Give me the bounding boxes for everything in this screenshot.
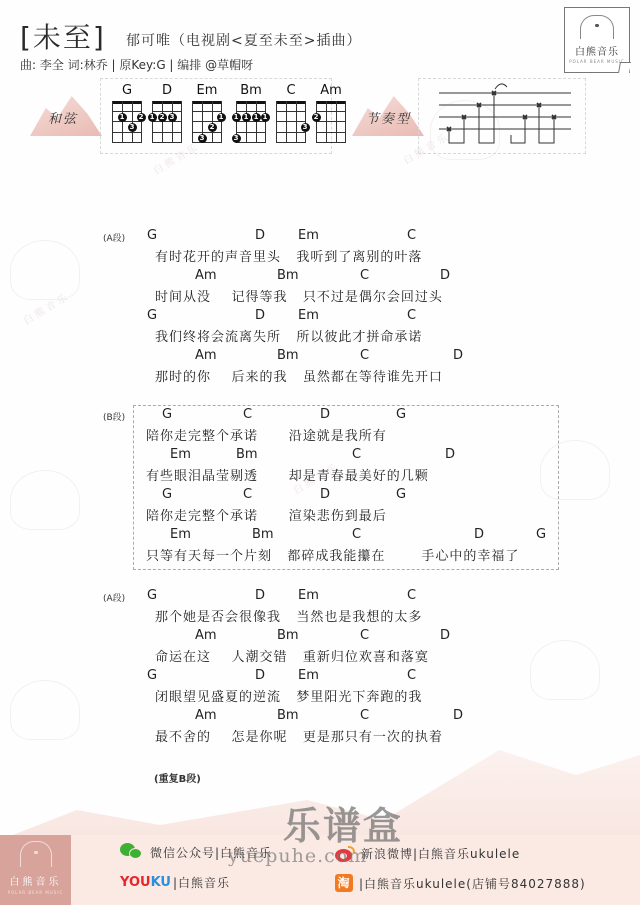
chord-symbol: D xyxy=(474,527,484,542)
lyric-line: 最不舍的 怎是你呢 更是那只有一次的执着 xyxy=(155,726,443,745)
lyric-line: 我们终将会流离失所 所以彼此才拼命承诺 xyxy=(155,326,422,345)
brand-logo: 白熊音乐 POLAR BEAR MUSIC xyxy=(564,7,630,73)
chord-symbol: C xyxy=(360,348,369,363)
weibo-text: 新浪微博|白熊音乐ukulele xyxy=(361,845,520,862)
chord-name: Em xyxy=(187,83,227,99)
chord-symbol: C xyxy=(407,308,416,323)
strum-pattern-diagram xyxy=(419,79,587,155)
youku-link[interactable]: YOUKU |白熊音乐 xyxy=(120,874,230,891)
watermark-bear-icon xyxy=(10,680,80,740)
chord-symbol: C xyxy=(407,668,416,683)
chord-symbol: Am xyxy=(195,628,217,643)
chord-symbol: Am xyxy=(195,348,217,363)
lyric-line: 有时花开的声音里头 我听到了离别的叶落 xyxy=(155,246,422,265)
chord-name: Am xyxy=(311,83,351,99)
lyric-line: 陪你走完整个承诺 沿途就是我所有 xyxy=(146,425,387,444)
chord-symbol: G xyxy=(396,487,406,502)
lyric-line: 那个她是否会很像我 当然也是我想的太多 xyxy=(155,606,422,625)
finger-dot: 1 xyxy=(118,113,127,122)
footer-brand-name: 白熊音乐 xyxy=(10,873,62,888)
chord-symbol: C xyxy=(407,228,416,243)
chord-symbol: D xyxy=(453,348,463,363)
chord-name: D xyxy=(147,83,187,99)
chord-symbol: D xyxy=(255,308,265,323)
chord-symbol: D xyxy=(320,487,330,502)
chord-symbol: Bm xyxy=(252,527,274,542)
finger-dot: 3 xyxy=(301,123,310,132)
chord-symbol: D xyxy=(320,407,330,422)
watermark-bear-icon xyxy=(10,470,80,530)
song-title: [未至] xyxy=(20,16,106,56)
finger-dot: 3 xyxy=(128,123,137,132)
chord-symbol: Em xyxy=(298,588,319,603)
brand-name-en: POLAR BEAR MUSIC xyxy=(569,59,625,64)
finger-dot: 1 xyxy=(252,113,261,122)
chord-symbol: Bm xyxy=(236,447,258,462)
fretboard: 123 xyxy=(112,101,142,143)
chord-symbol: G xyxy=(147,668,157,683)
lyric-line: 闭眼望见盛夏的逆流 梦里阳光下奔跑的我 xyxy=(155,686,422,705)
chord-symbol: Bm xyxy=(277,708,299,723)
chord-symbol: C xyxy=(352,527,361,542)
chords-label-badge: 和弦 xyxy=(30,96,110,136)
chord-diagram: C3 xyxy=(271,83,311,143)
chord-symbol: D xyxy=(440,268,450,283)
watermark-bear-icon xyxy=(530,640,600,700)
polar-bear-icon xyxy=(580,15,614,39)
footer-brand-name-en: POLAR BEAR MUSIC xyxy=(8,890,64,895)
chord-symbol: Em xyxy=(170,447,191,462)
lyric-line: 有些眼泪晶莹剔透 却是青春最美好的几颗 xyxy=(146,465,429,484)
finger-dot: 3 xyxy=(232,134,241,143)
chord-diagram: Am2 xyxy=(311,83,351,143)
chord-diagram: D123 xyxy=(147,83,187,143)
repeat-note: (重复B段) xyxy=(154,770,201,785)
finger-dot: 1 xyxy=(217,113,226,122)
finger-dot: 1 xyxy=(232,113,241,122)
chord-symbol: Bm xyxy=(277,628,299,643)
chord-name: C xyxy=(271,83,311,99)
chord-symbol: G xyxy=(162,407,172,422)
youku-text: |白熊音乐 xyxy=(173,874,230,891)
chord-symbol: C xyxy=(360,708,369,723)
chord-symbol: Em xyxy=(298,308,319,323)
taobao-link[interactable]: 淘 |白熊音乐ukulele(店铺号84027888) xyxy=(335,874,586,892)
chord-diagrams-panel: G123D123Em123Bm11113C3Am2 xyxy=(100,78,332,154)
chord-symbol: C xyxy=(407,588,416,603)
finger-dot: 1 xyxy=(261,113,270,122)
chord-diagram: G123 xyxy=(107,83,147,143)
chord-symbol: G xyxy=(147,308,157,323)
site-watermark: 乐谱盒 xyxy=(283,795,403,850)
finger-dot: 2 xyxy=(137,113,146,122)
chord-symbol: Bm xyxy=(277,348,299,363)
chord-symbol: Em xyxy=(298,668,319,683)
lyric-line: 命运在这 人潮交错 重新归位欢喜和落寞 xyxy=(155,646,429,665)
chord-symbol: Am xyxy=(195,708,217,723)
polar-bear-icon xyxy=(20,841,52,867)
chord-symbol: G xyxy=(396,407,406,422)
taobao-icon: 淘 xyxy=(335,874,353,892)
finger-dot: 3 xyxy=(168,113,177,122)
chord-symbol: C xyxy=(360,268,369,283)
section-label: (A段) xyxy=(103,591,125,604)
fretboard: 123 xyxy=(152,101,182,143)
strum-pattern-panel xyxy=(418,78,586,154)
wechat-icon xyxy=(120,843,144,861)
chord-symbol: D xyxy=(255,228,265,243)
youku-logo-icon: YOUKU xyxy=(120,875,171,890)
fretboard: 2 xyxy=(316,101,346,143)
chord-symbol: G xyxy=(162,487,172,502)
fretboard: 3 xyxy=(276,101,306,143)
lyric-line: 陪你走完整个承诺 渲染悲伤到最后 xyxy=(146,505,387,524)
fretboard: 11113 xyxy=(236,101,266,143)
song-credits: 曲: 李全 词:林乔 | 原Key:G | 编排 @草帽呀 xyxy=(20,56,253,73)
section-label: (A段) xyxy=(103,231,125,244)
chord-symbol: G xyxy=(147,588,157,603)
watermark-bear-icon xyxy=(10,240,80,300)
fretboard: 123 xyxy=(192,101,222,143)
chord-symbol: D xyxy=(453,708,463,723)
chord-symbol: C xyxy=(243,407,252,422)
finger-dot: 2 xyxy=(312,113,321,122)
chord-diagram: Em123 xyxy=(187,83,227,143)
brand-name: 白熊音乐 xyxy=(575,43,619,58)
lyric-line: 只等有天每一个片刻 都碎成我能攥在 手心中的幸福了 xyxy=(146,545,519,564)
finger-dot: 3 xyxy=(198,134,207,143)
finger-dot: 1 xyxy=(148,113,157,122)
section-label: (B段) xyxy=(103,410,125,423)
chord-name: G xyxy=(107,83,147,99)
chord-name: Bm xyxy=(231,83,271,99)
taobao-text: |白熊音乐ukulele(店铺号84027888) xyxy=(359,875,586,892)
chord-symbol: C xyxy=(243,487,252,502)
finger-dot: 2 xyxy=(208,123,217,132)
chord-diagram: Bm11113 xyxy=(231,83,271,143)
lyric-line: 时间从没 记得等我 只不过是偶尔会回过头 xyxy=(155,286,443,305)
site-url-watermark: yuepuhe.com xyxy=(228,845,367,867)
chord-symbol: G xyxy=(147,228,157,243)
chord-symbol: Bm xyxy=(277,268,299,283)
chord-symbol: C xyxy=(352,447,361,462)
chord-symbol: D xyxy=(440,628,450,643)
chord-symbol: D xyxy=(445,447,455,462)
chord-symbol: D xyxy=(255,668,265,683)
chord-symbol: Em xyxy=(170,527,191,542)
lyric-line: 那时的你 后来的我 虽然都在等待谁先开口 xyxy=(155,366,443,385)
song-subtitle: 郁可唯（电视剧<夏至未至>插曲） xyxy=(126,30,361,50)
chord-symbol: Am xyxy=(195,268,217,283)
chords-label: 和弦 xyxy=(48,108,78,127)
chord-symbol: D xyxy=(255,588,265,603)
footer-brand-logo: 白熊音乐 POLAR BEAR MUSIC xyxy=(0,835,71,905)
finger-dot: 1 xyxy=(242,113,251,122)
chord-symbol: C xyxy=(360,628,369,643)
finger-dot: 2 xyxy=(158,113,167,122)
chord-symbol: Em xyxy=(298,228,319,243)
strum-label: 节奏型 xyxy=(366,108,411,127)
chord-symbol: G xyxy=(536,527,546,542)
